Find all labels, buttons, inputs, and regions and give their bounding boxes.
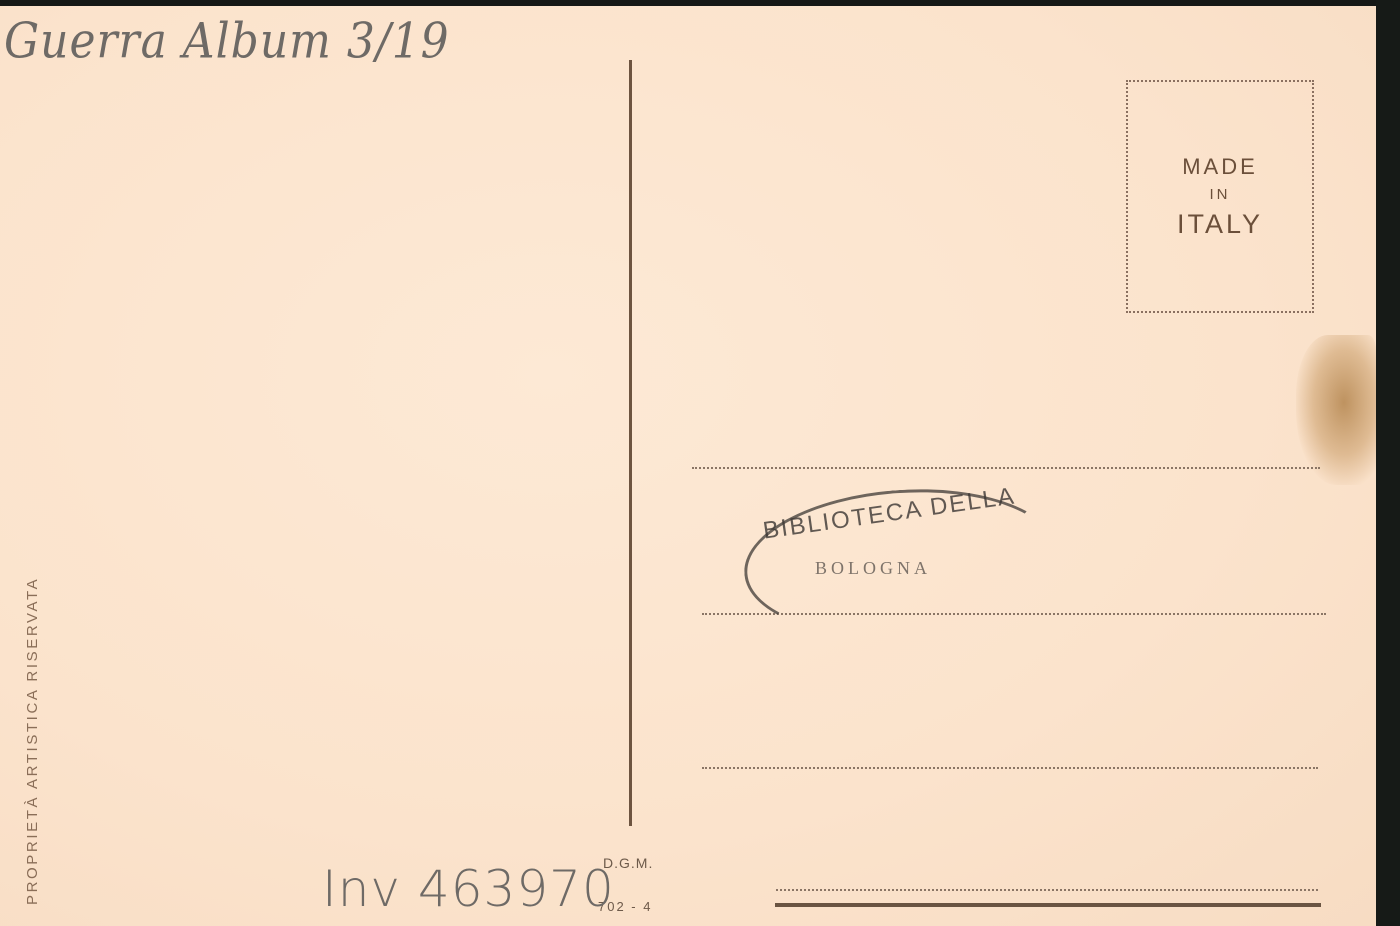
handwritten-album-note: Guerra Album 3/19	[4, 13, 450, 69]
stamp-placement-box: MADE IN ITALY	[1126, 80, 1314, 313]
copyright-vertical-text: PROPRIETÀ ARTISTICA RISERVATA	[24, 577, 41, 905]
stamp-box-line-1: MADE	[1182, 154, 1258, 180]
handwritten-inventory-number: Inv 463970	[322, 860, 615, 918]
stamp-box-line-2: IN	[1210, 186, 1231, 203]
address-line-1	[692, 467, 1320, 469]
address-underline	[775, 903, 1321, 907]
stamp-box-line-3: ITALY	[1177, 209, 1263, 240]
library-stamp-city: BOLOGNA	[815, 558, 931, 579]
address-line-4	[776, 889, 1318, 891]
address-line-3	[702, 767, 1318, 769]
center-divider-line	[629, 60, 632, 826]
foxing-stain	[1296, 335, 1376, 485]
scan-border-right	[1376, 0, 1400, 926]
